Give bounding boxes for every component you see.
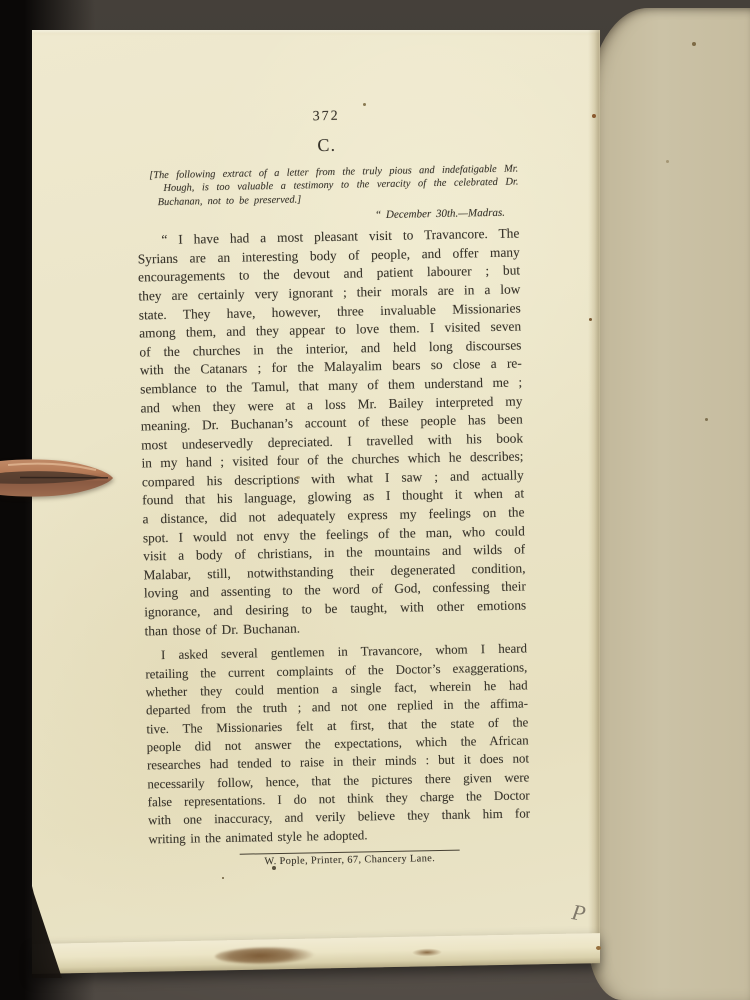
photo-backdrop: 372 C. [The following extract of a lette…: [0, 0, 750, 1000]
foxing-spot: [272, 866, 276, 870]
foxing-spot: [589, 318, 592, 321]
foxing-spot: [296, 476, 300, 479]
printer-imprint: W. Pople, Printer, 67, Chancery Lane.: [240, 850, 460, 868]
pen-nib-pointer: [0, 456, 114, 500]
foxing-spot: [666, 160, 669, 163]
foxing-spot: [692, 42, 696, 46]
facing-page: [588, 8, 750, 1000]
foxing-spot: [705, 418, 708, 421]
foxing-spot: [363, 103, 366, 106]
page-edge-stain: [215, 947, 315, 965]
section-heading: C.: [136, 128, 518, 161]
editorial-note: [The following extract of a letter from …: [136, 162, 519, 209]
letter-paragraph-1: “ I have had a most pleasant visit to Tr…: [137, 225, 526, 641]
page-text-block: 372 C. [The following extract of a lette…: [135, 102, 531, 871]
foxing-spot: [596, 946, 601, 950]
book-page: 372 C. [The following extract of a lette…: [32, 30, 600, 946]
page-edge-stain-small: [412, 948, 442, 957]
page-right-edge: [588, 30, 600, 946]
foxing-spot: [222, 877, 224, 879]
printer-imprint-row: W. Pople, Printer, 67, Chancery Lane.: [149, 846, 531, 871]
foxing-spot: [592, 114, 596, 118]
page-number: 372: [135, 102, 517, 131]
letter-paragraph-2: I asked several gentlemen in Travancore,…: [145, 640, 531, 849]
